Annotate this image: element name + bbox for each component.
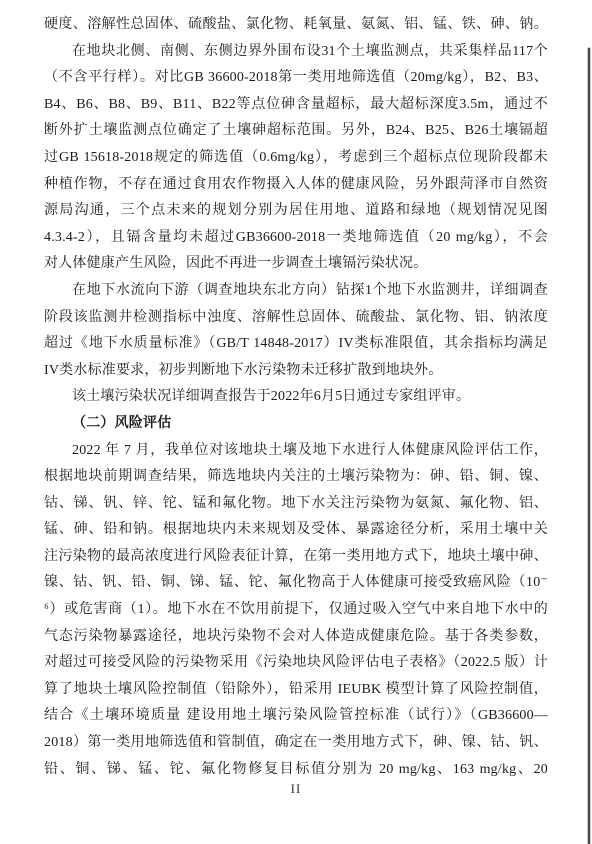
text-line: 过GB 15618-2018规定的筛选值（0.6mg/kg），考虑到三个超标点位… bbox=[44, 145, 548, 172]
text-line: 锰、砷、铅和钠。根据地块内未来规划及受体、暴露途径分析，采用土壤中关 bbox=[44, 517, 548, 544]
text-line: 注污染物的最高浓度进行风险表征计算，在第一类用地方式下，地块土壤中砷、 bbox=[44, 544, 548, 571]
text-line: 源局沟通，三个点未来的规划分别为居住用地、道路和绿地（规划情况见图 bbox=[44, 198, 548, 225]
text-line: 对人体健康产生风险，因此不再进一步调查土壤镉污染状况。 bbox=[44, 251, 548, 278]
paragraph-report-review-paragraph: 该土壤污染状况详细调查报告于2022年6月5日通过专家组评审。 bbox=[44, 384, 548, 411]
text-line: 4.3.4-2），且镉含量均未超过GB36600-2018一类地筛选值（20 m… bbox=[44, 225, 548, 252]
paragraph-risk-assessment-heading: （二）风险评估 bbox=[44, 411, 548, 438]
paragraph-soil-monitoring-paragraph: 在地块北侧、南侧、东侧边界外围布设31个土壤监测点，共采集样品117个（不含平行… bbox=[44, 39, 548, 278]
text-line: IV类水标准要求，初步判断地下水污染物未迁移扩散到地块外。 bbox=[44, 358, 548, 385]
text-line: 算了地块土壤风险控制值（铅除外），铅采用 IEUBK 模型计算了风险控制值， bbox=[44, 677, 548, 704]
document-body: 硬度、溶解性总固体、硫酸盐、氯化物、耗氧量、氨氮、铝、锰、铁、砷、钠。在地块北侧… bbox=[44, 12, 548, 783]
text-line: 对超过可接受风险的污染物采用《污染地块风险评估电子表格》（2022.5 版）计 bbox=[44, 650, 548, 677]
text-line: 钴、锑、钒、锌、铊、锰和氟化物。地下水关注污染物为氨氮、氟化物、铝、 bbox=[44, 491, 548, 518]
text-line: 断外扩土壤监测点位确定了土壤砷超标范围。另外，B24、B25、B26土壤镉超 bbox=[44, 118, 548, 145]
scan-edge-line bbox=[588, 48, 590, 844]
text-line: 在地块北侧、南侧、东侧边界外围布设31个土壤监测点，共采集样品117个 bbox=[44, 39, 548, 66]
text-line: 2018）第一类用地筛选值和管制值，确定在一类用地方式下，砷、镍、钴、钒、 bbox=[44, 730, 548, 757]
text-line: 镍、钴、钒、铅、铜、锑、锰、铊、氟化物高于人体健康可接受致癌风险（10⁻ bbox=[44, 570, 548, 597]
text-line: 根据地块前期调查结果，筛选地块内关注的土壤污染物为：砷、铅、铜、镍、 bbox=[44, 464, 548, 491]
page-footer: II bbox=[44, 781, 548, 797]
text-line: 该土壤污染状况详细调查报告于2022年6月5日通过专家组评审。 bbox=[44, 384, 548, 411]
text-line: 阶段该监测井检测指标中浊度、溶解性总固体、硫酸盐、氯化物、铝、钠浓度 bbox=[44, 305, 548, 332]
text-line: 铅、铜、锑、锰、铊、氟化物修复目标值分别为 20 mg/kg、163 mg/kg… bbox=[44, 757, 548, 784]
paragraph-groundwater-indicators-continuation: 硬度、溶解性总固体、硫酸盐、氯化物、耗氧量、氨氮、铝、锰、铁、砷、钠。 bbox=[44, 12, 548, 39]
text-line: 硬度、溶解性总固体、硫酸盐、氯化物、耗氧量、氨氮、铝、锰、铁、砷、钠。 bbox=[44, 12, 548, 39]
text-line: 2022 年 7 月，我单位对该地块土壤及地下水进行人体健康风险评估工作， bbox=[44, 438, 548, 465]
text-line: 种植作物，不存在通过食用农作物摄入人体的健康风险，另外跟菏泽市自然资 bbox=[44, 172, 548, 199]
document-page: 硬度、溶解性总固体、硫酸盐、氯化物、耗氧量、氨氮、铝、锰、铁、砷、钠。在地块北侧… bbox=[0, 0, 592, 844]
paragraph-risk-assessment-paragraph: 2022 年 7 月，我单位对该地块土壤及地下水进行人体健康风险评估工作，根据地… bbox=[44, 438, 548, 784]
text-line: （不含平行样）。对比GB 36600-2018第一类用地筛选值（20mg/kg）… bbox=[44, 65, 548, 92]
text-line: B4、B6、B8、B9、B11、B22等点位砷含量超标，最大超标深度3.5m，通… bbox=[44, 92, 548, 119]
text-line: 超过《地下水质量标准》（GB/T 14848-2017）IV类标准限值，其余指标… bbox=[44, 331, 548, 358]
paragraph-groundwater-monitoring-paragraph: 在地下水流向下游（调查地块东北方向）钻探1个地下水监测井，详细调查阶段该监测井检… bbox=[44, 278, 548, 384]
page-number: II bbox=[291, 781, 302, 796]
text-line: （二）风险评估 bbox=[44, 411, 548, 438]
text-line: 结合《土壤环境质量 建设用地土壤污染风险管控标准（试行）》（GB36600— bbox=[44, 703, 548, 730]
text-line: 气态污染物暴露途径，地块污染物不会对人体造成健康危险。基于各类参数， bbox=[44, 624, 548, 651]
text-line: ⁶）或危害商（1）。地下水在不饮用前提下，仅通过吸入空气中来自地下水中的 bbox=[44, 597, 548, 624]
text-line: 在地下水流向下游（调查地块东北方向）钻探1个地下水监测井，详细调查 bbox=[44, 278, 548, 305]
